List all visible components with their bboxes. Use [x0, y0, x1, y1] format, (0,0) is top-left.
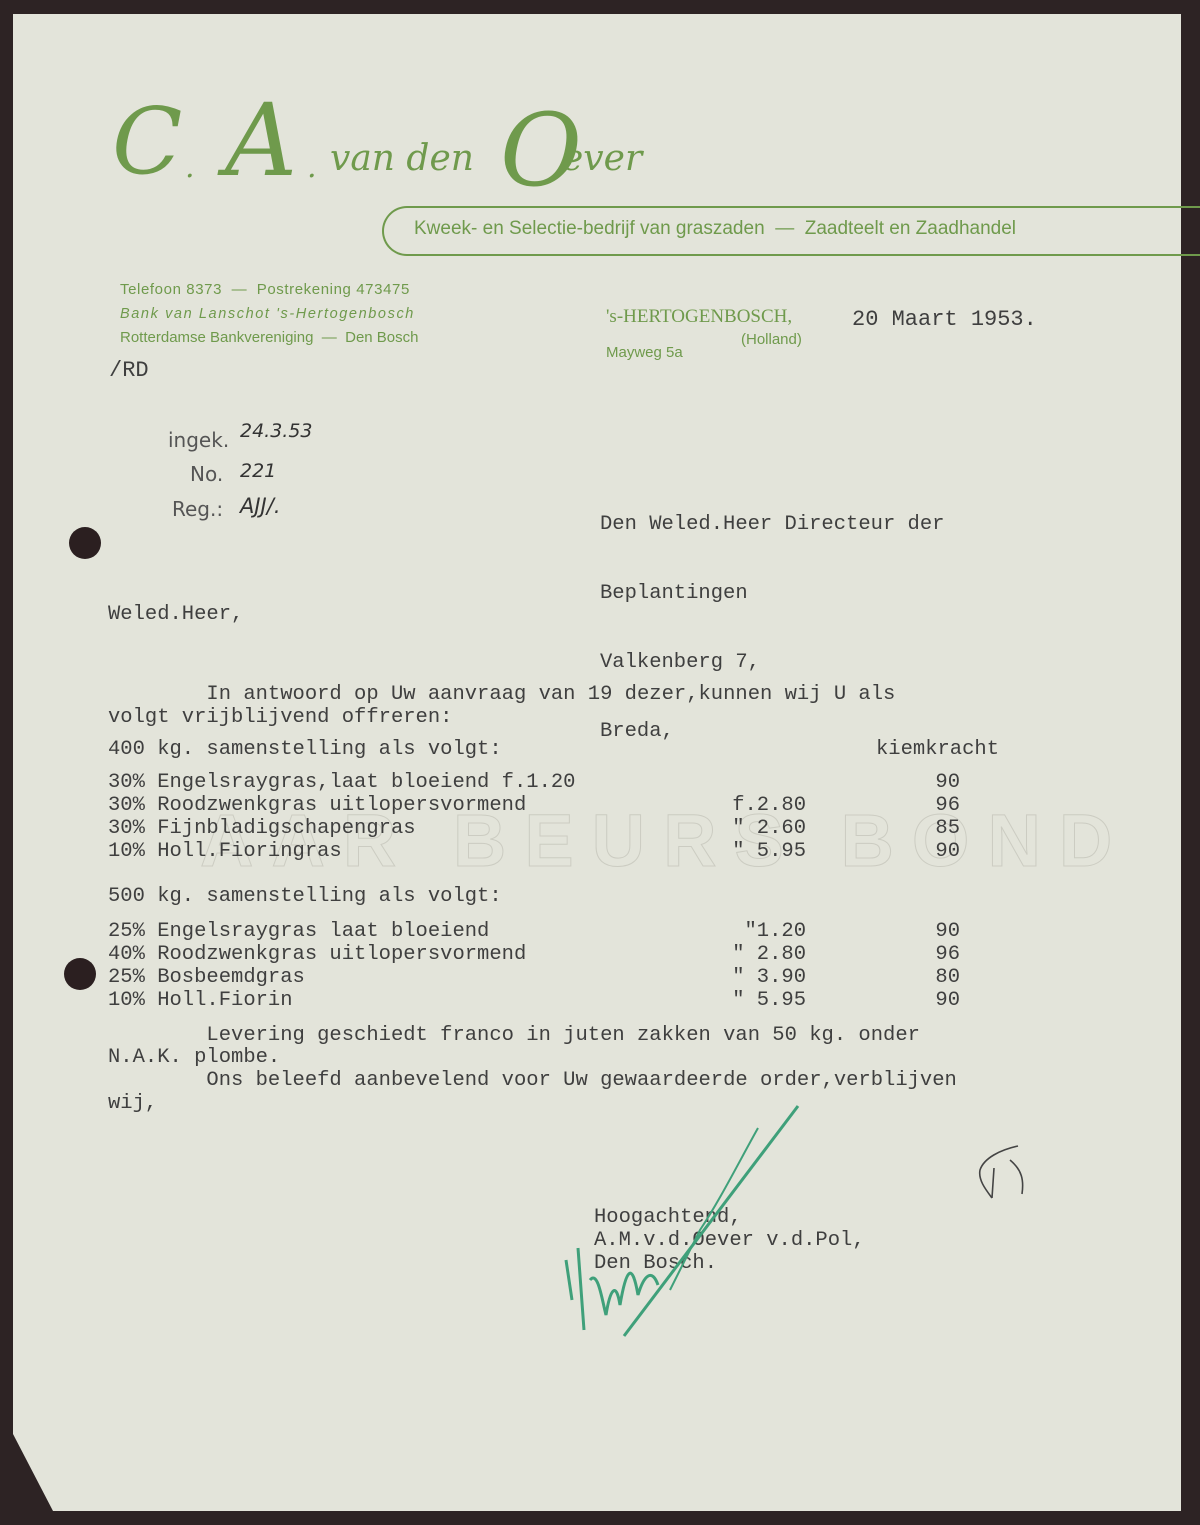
offer-item: 25% Engelsraygras laat bloeiend: [108, 920, 489, 943]
letterhead-country: (Holland): [741, 331, 802, 348]
germination-column-header: kiemkracht: [876, 738, 999, 761]
recipient-line: Beplantingen: [600, 582, 944, 605]
logo-initial-a: A: [225, 82, 297, 199]
offer-germination: 96: [930, 794, 960, 817]
logo-van-den: van den: [330, 138, 474, 179]
offer-germination: 90: [930, 840, 960, 863]
letterhead-street: Mayweg 5a: [606, 344, 683, 361]
stamp-reg-label: Reg.:: [172, 497, 223, 521]
contact-bank-1: Bank van Lanschot 's-Hertogenbosch: [120, 306, 415, 322]
offer-item: 10% Holl.Fioringras: [108, 840, 342, 863]
offer-germination: 90: [930, 989, 960, 1012]
closing-line-1: Levering geschiedt franco in juten zakke…: [108, 1024, 920, 1047]
offer-germination: 80: [930, 966, 960, 989]
recipient-line: Den Weled.Heer Directeur der: [600, 513, 944, 536]
logo-dot: .: [307, 150, 317, 185]
offer-item: 10% Holl.Fiorin: [108, 989, 293, 1012]
offer-germination: 96: [930, 943, 960, 966]
offer-price: " 2.60: [700, 817, 806, 840]
contact-phone-postal: Telefoon 8373 — Postrekening 473475: [120, 281, 410, 298]
offer-germination: 90: [930, 771, 960, 794]
offer-item: 40% Roodzwenkgras uitlopersvormend: [108, 943, 526, 966]
letter-date: 20 Maart 1953.: [852, 308, 1037, 331]
logo-dot: .: [185, 150, 195, 185]
stamp-no-value: 221: [240, 460, 276, 482]
stamp-ingek-label: ingek.: [168, 428, 229, 452]
offer-germination: 85: [930, 817, 960, 840]
offer-price: " 2.80: [700, 943, 806, 966]
offer-item: 30% Fijnbladigschapengras: [108, 817, 416, 840]
offer-item: 30% Roodzwenkgras uitlopersvormend: [108, 794, 526, 817]
offer-heading: 500 kg. samenstelling als volgt:: [108, 885, 502, 908]
closing-line-4: wij,: [108, 1092, 157, 1115]
recipient-address: Den Weled.Heer Directeur der Beplantinge…: [600, 467, 944, 766]
offer-price: f.2.80: [700, 794, 806, 817]
offer-price: " 5.95: [700, 989, 806, 1012]
contact-bank-2: Rotterdamse Bankvereniging — Den Bosch: [120, 329, 418, 346]
reference-code: /RD: [109, 359, 149, 382]
salutation: Weled.Heer,: [108, 603, 243, 626]
offer-item: 25% Bosbeemdgras: [108, 966, 305, 989]
letterhead-city: 's-HERTOGENBOSCH,: [606, 306, 792, 328]
closing-line-2: N.A.K. plombe.: [108, 1046, 280, 1069]
stamp-ingek-value: 24.3.53: [240, 420, 313, 442]
offer-item: 30% Engelsraygras,laat bloeiend f.1.20: [108, 771, 575, 794]
logo-initial-c: C: [112, 88, 182, 195]
offer-germination: 90: [930, 920, 960, 943]
punch-hole: [64, 958, 96, 990]
stamp-no-label: No.: [190, 462, 223, 486]
closing-line-3: Ons beleefd aanbevelend voor Uw gewaarde…: [108, 1069, 957, 1092]
stamp-reg-value: AJJ/.: [240, 494, 281, 518]
offer-price: " 3.90: [700, 966, 806, 989]
pencil-initials: [970, 1140, 1030, 1210]
recipient-line: Valkenberg 7,: [600, 651, 944, 674]
company-tagline: Kweek- en Selectie-bedrijf van graszaden…: [414, 218, 1016, 240]
offer-price: " 5.95: [700, 840, 806, 863]
punch-hole: [69, 527, 101, 559]
offer-heading: 400 kg. samenstelling als volgt:: [108, 738, 502, 761]
logo-ever: ever: [562, 138, 642, 179]
intro-line-2: volgt vrijblijvend offreren:: [108, 706, 452, 729]
handwritten-signature: [540, 1100, 820, 1340]
offer-price: "1.20: [700, 920, 806, 943]
intro-line-1: In antwoord op Uw aanvraag van 19 dezer,…: [108, 683, 895, 706]
